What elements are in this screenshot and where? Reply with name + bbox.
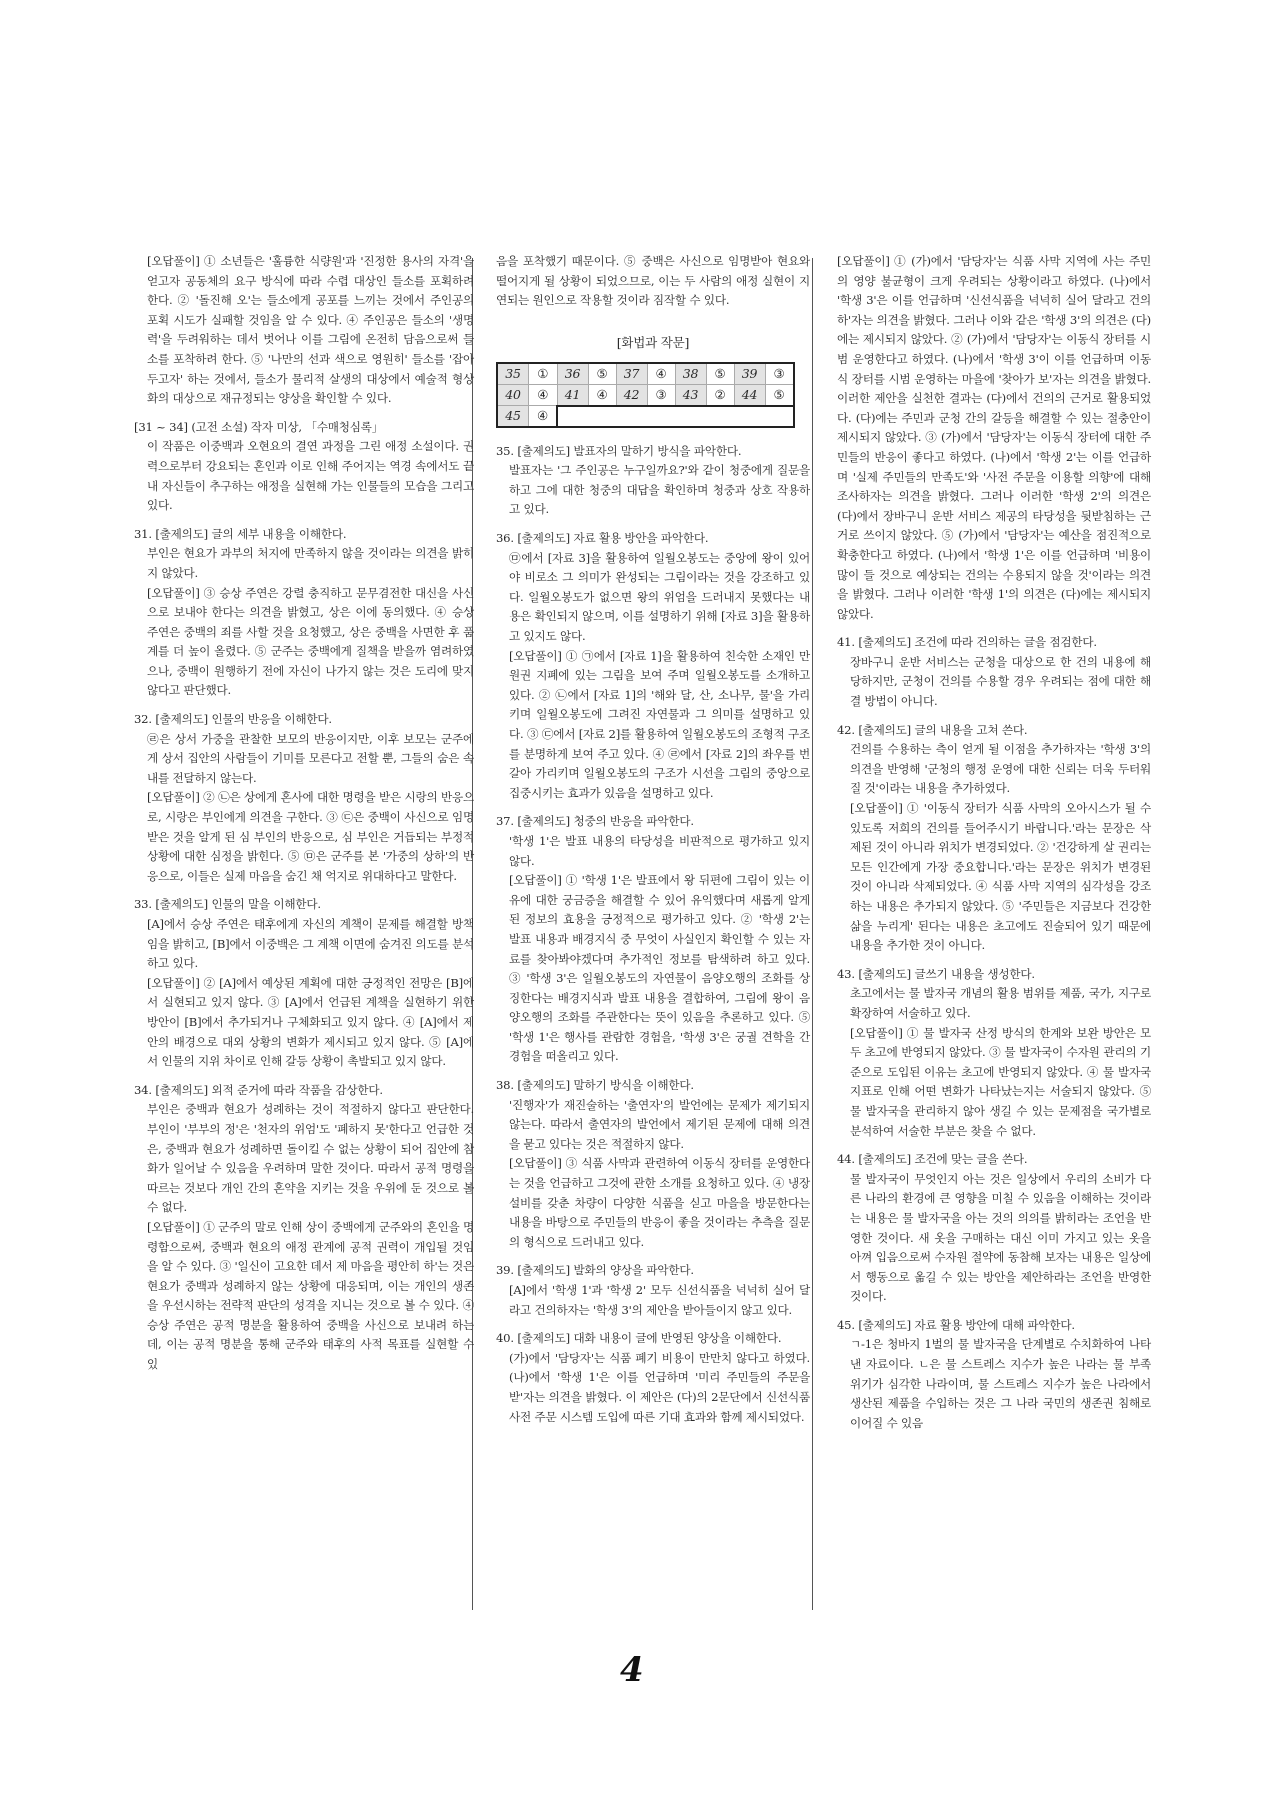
question-body: 장바구니 운반 서비스는 군청을 대상으로 한 건의 내용에 해당하지만, 군청…: [837, 653, 1151, 712]
question-body: ㉣은 상서 가중을 관찰한 보모의 반응이지만, 이후 보모는 군주에게 상서 …: [134, 730, 474, 789]
question-note: [오답풀이] ① '학생 1'은 발표에서 왕 뒤편에 그림이 있는 이유에 대…: [496, 871, 810, 1067]
question-body: [A]에서 승상 주연은 태후에게 자신의 계책이 문제를 해결할 방책임을 밝…: [134, 915, 474, 974]
question-42: 42. [출제의도] 글의 내용을 고쳐 쓴다. 건의를 수용하는 측이 얻게 …: [837, 721, 1151, 956]
question-39: 39. [출제의도] 발화의 양상을 파악한다. [A]에서 '학생 1'과 '…: [496, 1261, 810, 1320]
question-head: 33. [출제의도] 인물의 말을 이해한다.: [134, 895, 474, 915]
answer-row: 45 ④: [497, 406, 794, 427]
question-31: 31. [출제의도] 글의 세부 내용을 이해한다. 부인은 현요가 과부의 처…: [134, 525, 474, 701]
answer-value: ⑤: [706, 363, 734, 384]
question-body: ㉤에서 [자료 3]을 활용하여 일월오봉도는 중앙에 왕이 있어야 비로소 그…: [496, 549, 810, 647]
question-note: [오답풀이] ② ㉡은 상에게 혼사에 대한 명령을 받은 시랑의 반응으로, …: [134, 788, 474, 886]
question-body: [A]에서 '학생 1'과 '학생 2' 모두 신선식품을 넉넉히 실어 달라고…: [496, 1281, 810, 1320]
question-number: 36: [557, 363, 588, 384]
question-head: 37. [출제의도] 청중의 반응을 파악한다.: [496, 812, 810, 832]
question-note: [오답풀이] ① 군주의 말로 인해 상이 중백에게 군주와의 혼인을 명령함으…: [134, 1218, 474, 1375]
question-head: 39. [출제의도] 발화의 양상을 파악한다.: [496, 1261, 810, 1281]
question-number: 43: [675, 384, 706, 405]
question-note: [오답풀이] ③ 승상 주연은 강렬 충직하고 문무겸전한 대신을 사신으로 보…: [134, 584, 474, 702]
question-number: 35: [497, 363, 529, 384]
question-34: 34. [출제의도] 외적 준거에 따라 작품을 감상한다. 부인은 중백과 현…: [134, 1081, 474, 1375]
question-head: 45. [출제의도] 자료 활용 방안에 대해 파악한다.: [837, 1316, 1151, 1336]
question-note: [오답풀이] ② [A]에서 예상된 계획에 대한 긍정적인 전망은 [B]에서…: [134, 974, 474, 1072]
question-body: 초고에서는 물 발자국 개념의 활용 범위를 제품, 국가, 지구로 확장하여 …: [837, 984, 1151, 1023]
group-summary: 이 작품은 이중백과 오현요의 결연 과정을 그린 애정 소설이다. 권력으로부…: [134, 437, 474, 515]
question-38: 38. [출제의도] 말하기 방식을 이해한다. '진행자'가 재진술하는 '출…: [496, 1076, 810, 1252]
answer-value: ③: [765, 363, 794, 384]
right-column: [오답풀이] ① (가)에서 '담당자'는 식품 사막 지역에 사는 주민의 영…: [837, 252, 1151, 1433]
question-number: 38: [675, 363, 706, 384]
question-note: [오답풀이] ③ 식품 사막과 관련하여 이동식 장터를 운영한다는 것을 언급…: [496, 1154, 810, 1252]
question-40: 40. [출제의도] 대화 내용이 글에 반영된 양상을 이해한다. (가)에서…: [496, 1329, 810, 1427]
question-44: 44. [출제의도] 조건에 맞는 글을 쓴다. 물 발자국이 무엇인지 아는 …: [837, 1150, 1151, 1307]
continuation-text: 음을 포착했기 때문이다. ⑤ 중백은 사신으로 임명받아 현요와 떨어지게 될…: [496, 252, 810, 311]
question-number: 41: [557, 384, 588, 405]
answer-value: ②: [706, 384, 734, 405]
answer-value: ④: [529, 406, 558, 427]
page-number: 4: [620, 1650, 644, 1690]
question-body: '진행자'가 재진술하는 '출연자'의 발언에는 문제가 제기되지 않는다. 따…: [496, 1096, 810, 1155]
question-note: [오답풀이] ① ㉠에서 [자료 1]을 활용하여 친숙한 소재인 만 원권 지…: [496, 647, 810, 804]
question-33: 33. [출제의도] 인물의 말을 이해한다. [A]에서 승상 주연은 태후에…: [134, 895, 474, 1071]
question-note: [오답풀이] ① 물 발자국 산정 방식의 한계와 보완 방안은 모두 초고에 …: [837, 1024, 1151, 1142]
question-number: 45: [497, 406, 529, 427]
answer-value: ④: [588, 384, 616, 405]
left-column: [오답풀이] ① 소년들은 '훌륭한 식량원'과 '진정한 용사의 자격'을 얻…: [134, 252, 474, 1375]
question-body: 부인은 현요가 과부의 처지에 만족하지 않을 것이라는 의견을 밝히지 않았다…: [134, 544, 474, 583]
answer-value: ③: [647, 384, 675, 405]
question-41: 41. [출제의도] 조건에 따라 건의하는 글을 점검한다. 장바구니 운반 …: [837, 633, 1151, 711]
question-head: 38. [출제의도] 말하기 방식을 이해한다.: [496, 1076, 810, 1096]
answer-value: ①: [529, 363, 558, 384]
question-body: '학생 1'은 발표 내용의 타당성을 비판적으로 평가하고 있지 않다.: [496, 832, 810, 871]
continuation-note: [오답풀이] ① 소년들은 '훌륭한 식량원'과 '진정한 용사의 자격'을 얻…: [134, 252, 474, 409]
question-number: 39: [734, 363, 765, 384]
answer-value: ④: [647, 363, 675, 384]
column-divider-2: [812, 258, 813, 1610]
question-36: 36. [출제의도] 자료 활용 방안을 파악한다. ㉤에서 [자료 3]을 활…: [496, 529, 810, 803]
question-number: 42: [616, 384, 647, 405]
answer-row: 35 ① 36 ⑤ 37 ④ 38 ⑤ 39 ③: [497, 363, 794, 384]
question-head: 35. [출제의도] 발표자의 말하기 방식을 파악한다.: [496, 442, 810, 462]
question-head: 31. [출제의도] 글의 세부 내용을 이해한다.: [134, 525, 474, 545]
question-37: 37. [출제의도] 청중의 반응을 파악한다. '학생 1'은 발표 내용의 …: [496, 812, 810, 1067]
middle-column: 음을 포착했기 때문이다. ⑤ 중백은 사신으로 임명받아 현요와 떨어지게 될…: [496, 252, 810, 1427]
question-head: 43. [출제의도] 글쓰기 내용을 생성한다.: [837, 965, 1151, 985]
question-body: 발표자는 '그 주인공은 누구일까요?'와 같이 청중에게 질문을 하고 그에 …: [496, 461, 810, 520]
answer-value: ④: [529, 384, 558, 405]
continuation-note: [오답풀이] ① (가)에서 '담당자'는 식품 사막 지역에 사는 주민의 영…: [837, 252, 1151, 624]
question-body: (가)에서 '담당자'는 식품 폐기 비용이 만만치 않다고 하였다. (나)에…: [496, 1349, 810, 1427]
question-note: [오답풀이] ① '이동식 장터가 식품 사막의 오아시스가 될 수 있도록 저…: [837, 799, 1151, 956]
answer-value: ⑤: [588, 363, 616, 384]
question-32: 32. [출제의도] 인물의 반응을 이해한다. ㉣은 상서 가중을 관찰한 보…: [134, 710, 474, 886]
question-head: 40. [출제의도] 대화 내용이 글에 반영된 양상을 이해한다.: [496, 1329, 810, 1349]
question-number: 37: [616, 363, 647, 384]
question-35: 35. [출제의도] 발표자의 말하기 방식을 파악한다. 발표자는 '그 주인…: [496, 442, 810, 520]
answer-row: 40 ④ 41 ④ 42 ③ 43 ② 44 ⑤: [497, 384, 794, 405]
question-number: 44: [734, 384, 765, 405]
question-body: 건의를 수용하는 측이 얻게 될 이점을 추가하자는 '학생 3'의 의견을 반…: [837, 740, 1151, 799]
section-title: [화법과 작문]: [496, 333, 810, 353]
answer-value: ⑤: [765, 384, 794, 405]
question-head: 42. [출제의도] 글의 내용을 고쳐 쓴다.: [837, 721, 1151, 741]
question-head: 32. [출제의도] 인물의 반응을 이해한다.: [134, 710, 474, 730]
question-body: 물 발자국이 무엇인지 아는 것은 일상에서 우리의 소비가 다른 나라의 환경…: [837, 1170, 1151, 1307]
question-number: 40: [497, 384, 529, 405]
question-body: 부인은 중백과 현요가 성례하는 것이 적절하지 않다고 판단한다. 부인이 '…: [134, 1100, 474, 1218]
question-43: 43. [출제의도] 글쓰기 내용을 생성한다. 초고에서는 물 발자국 개념의…: [837, 965, 1151, 1141]
question-head: 44. [출제의도] 조건에 맞는 글을 쓴다.: [837, 1150, 1151, 1170]
answer-table: 35 ① 36 ⑤ 37 ④ 38 ⑤ 39 ③ 40 ④ 41 ④ 42 ③ …: [496, 362, 795, 427]
question-body: ㄱ-1은 청바지 1벌의 물 발자국을 단계별로 수치화하여 나타낸 자료이다.…: [837, 1335, 1151, 1433]
group-header: [31 ~ 34] (고전 소설) 작자 미상, 「수매청심록」: [134, 418, 474, 438]
question-head: 34. [출제의도] 외적 준거에 따라 작품을 감상한다.: [134, 1081, 474, 1101]
question-head: 36. [출제의도] 자료 활용 방안을 파악한다.: [496, 529, 810, 549]
question-head: 41. [출제의도] 조건에 따라 건의하는 글을 점검한다.: [837, 633, 1151, 653]
question-45: 45. [출제의도] 자료 활용 방안에 대해 파악한다. ㄱ-1은 청바지 1…: [837, 1316, 1151, 1434]
